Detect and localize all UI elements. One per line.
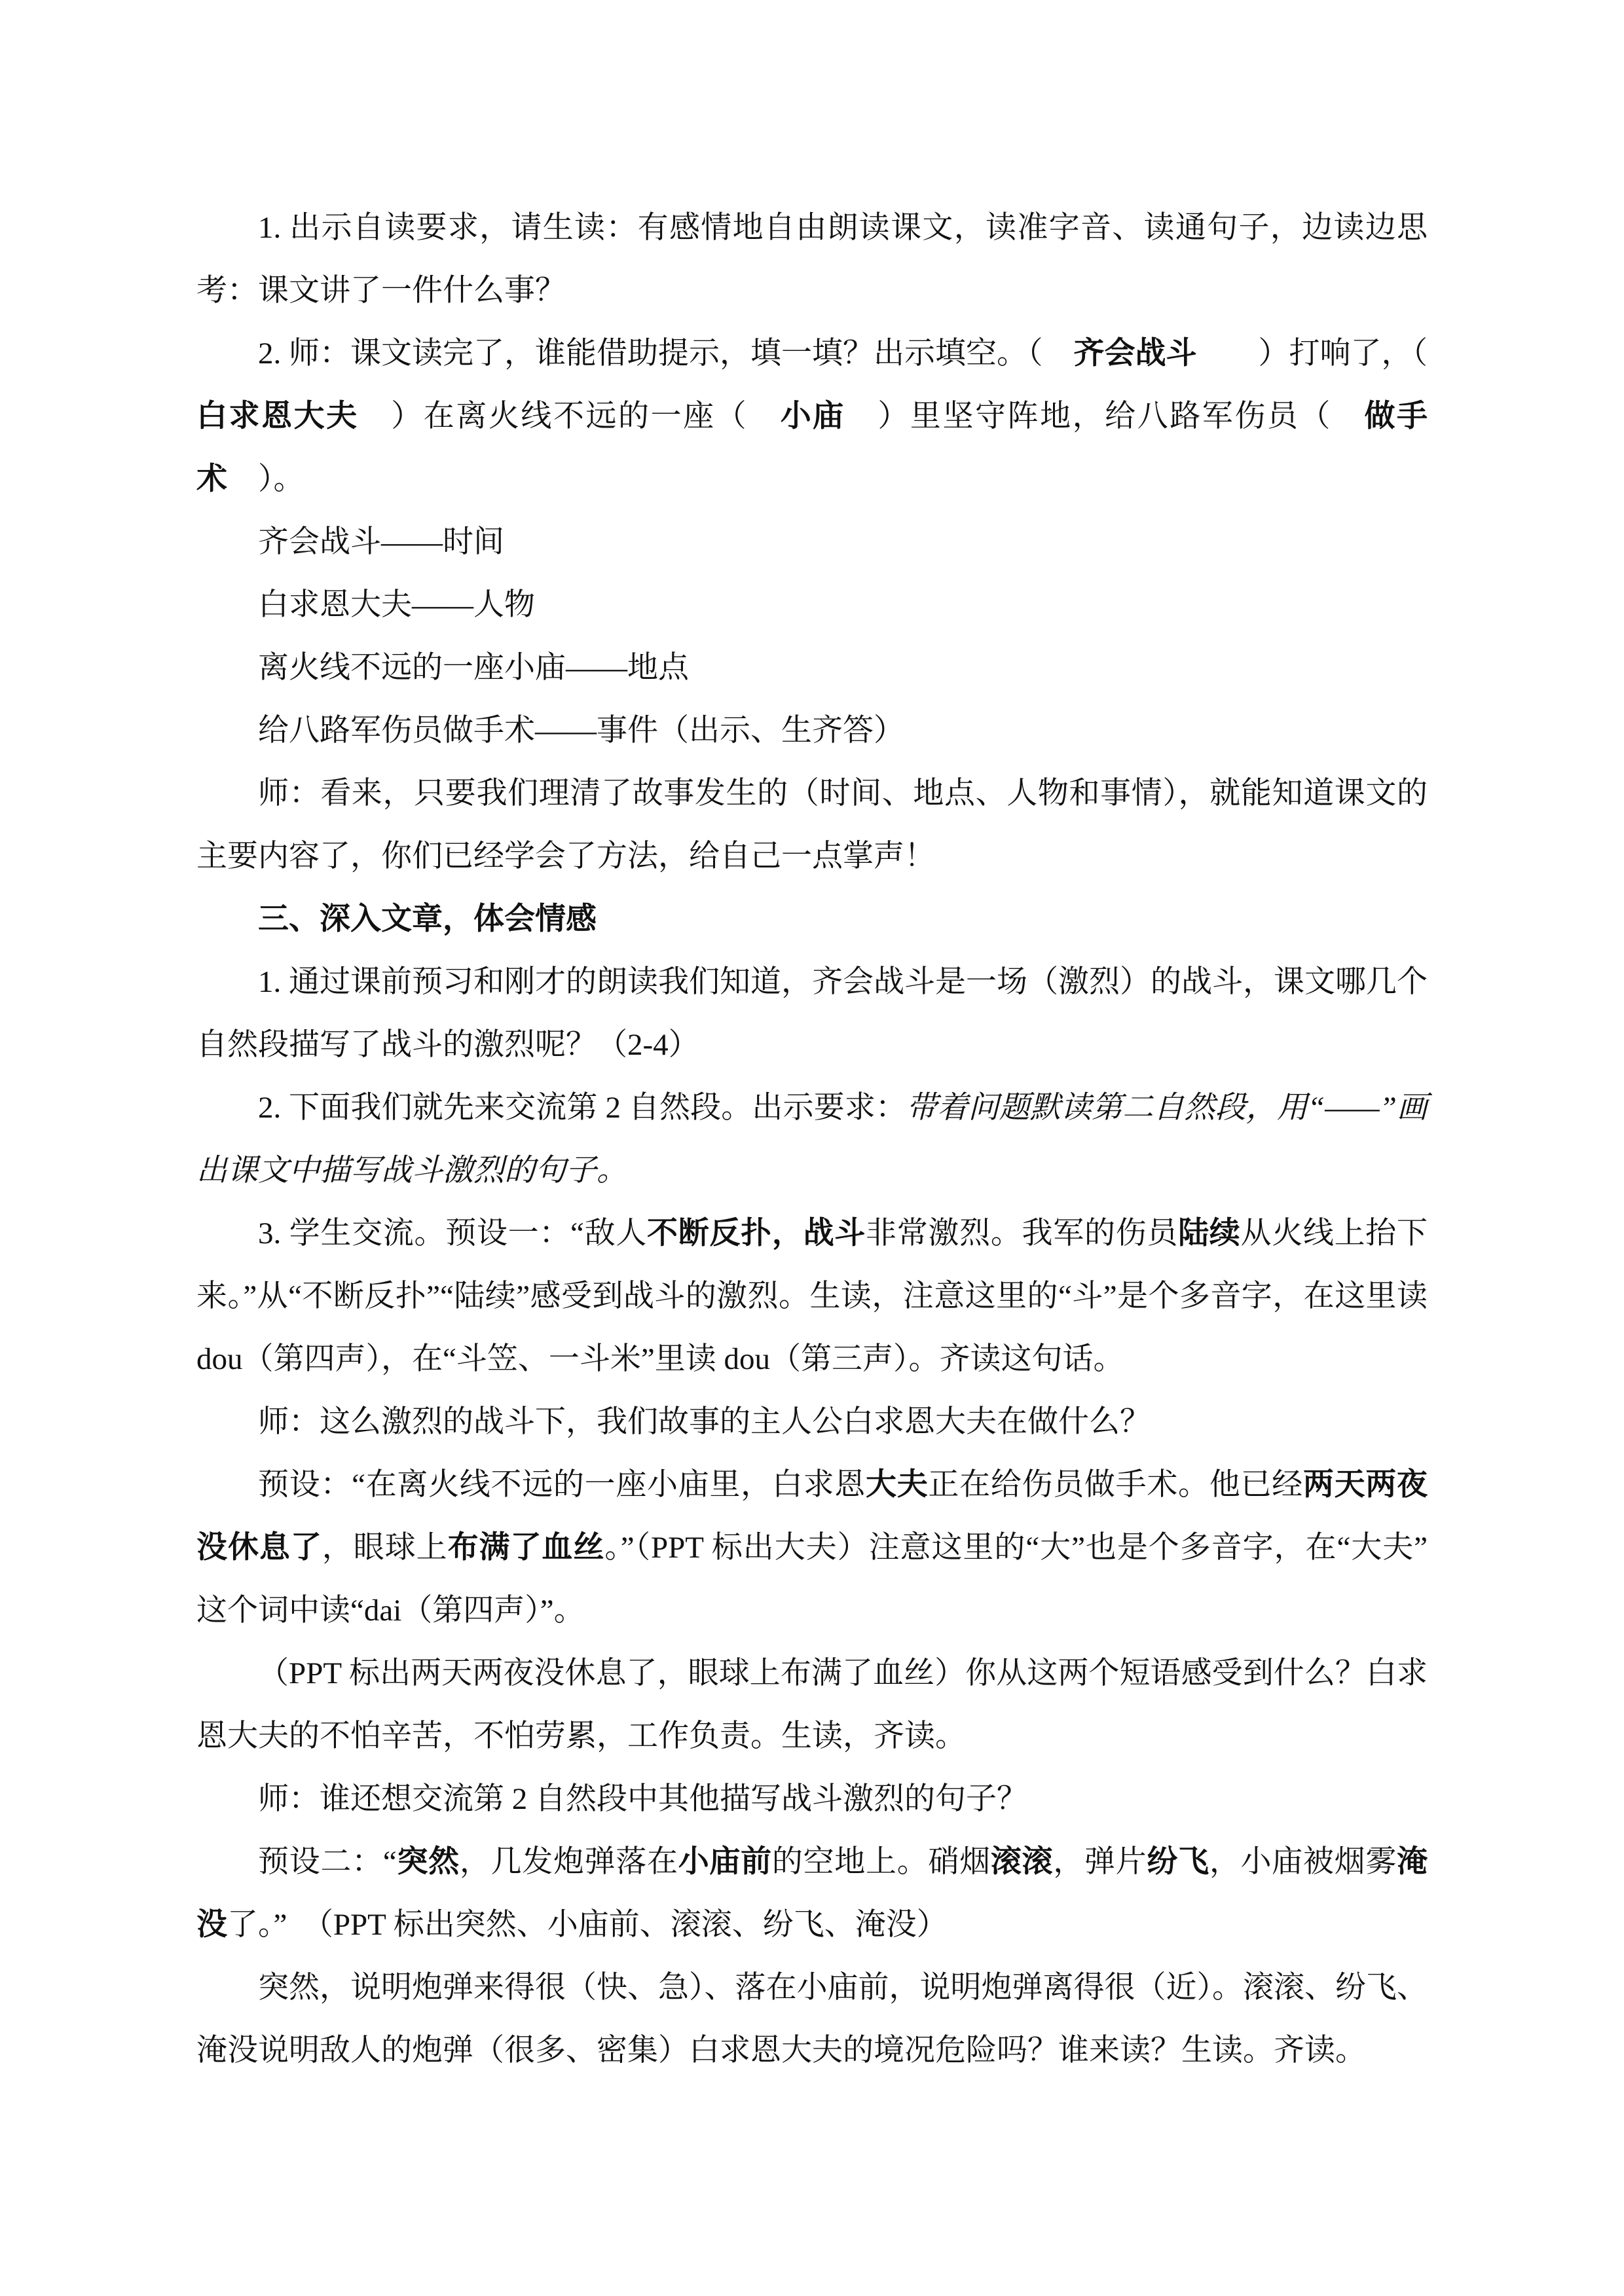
text-run: 白求恩大夫: [196, 399, 359, 433]
text-run: 小庙: [781, 399, 845, 433]
text-run: 齐会战斗——时间: [258, 525, 504, 559]
text-run: 师：这么激烈的战斗下，我们故事的主人公白求恩大夫在做什么？: [258, 1405, 1151, 1439]
text-run: 突然: [397, 1845, 460, 1879]
paragraph: 给八路军伤员做手术——事件（出示、生齐答）: [196, 699, 1428, 762]
document-body: 1. 出示自读要求，请生读：有感情地自由朗读课文，读准字音、读通句子，边读边思考…: [196, 196, 1428, 2082]
text-run: 的空地上。硝烟: [772, 1845, 991, 1879]
text-run: 预设二：“: [258, 1845, 397, 1879]
text-run: 布满了血丝: [448, 1531, 605, 1565]
text-run: 预设：“在离火线不远的一座小庙里，白求恩: [258, 1468, 866, 1502]
text-run: 2. 下面我们就先来交流第 2 自然段。出示要求：: [258, 1091, 906, 1125]
text-run: 1. 出示自读要求，请生读：有感情地自由朗读课文，读准字音、读通句子，边读边思考…: [196, 211, 1428, 308]
paragraph: 师：这么激烈的战斗下，我们故事的主人公白求恩大夫在做什么？: [196, 1391, 1428, 1453]
text-run: ）打响了，（: [1197, 337, 1459, 371]
text-run: ）在离火线不远的一座（: [359, 399, 781, 433]
text-run: ，眼球上: [322, 1531, 448, 1565]
text-run: 3. 学生交流。预设一：“敌人: [258, 1216, 647, 1250]
text-run: 突然，说明炮弹来得很（快、急）、落在小庙前，说明炮弹离得很（近）。滚滚、纷飞、淹…: [196, 1971, 1428, 2068]
text-run: 非常激烈。我军的伤员: [866, 1216, 1178, 1250]
paragraph: 白求恩大夫——人物: [196, 574, 1428, 636]
text-run: 给八路军伤员做手术——事件（出示、生齐答）: [258, 714, 904, 748]
paragraph: （PPT 标出两天两夜没休息了，眼球上布满了血丝）你从这两个短语感受到什么？白求…: [196, 1642, 1428, 1768]
text-run: ，小庙被烟雾: [1209, 1845, 1397, 1879]
text-run: 陆续: [1178, 1216, 1240, 1250]
paragraph: 3. 学生交流。预设一：“敌人不断反扑，战斗非常激烈。我军的伤员陆续从火线上抬下…: [196, 1202, 1428, 1391]
text-run: 不断反扑，战斗: [647, 1216, 866, 1250]
paragraph: 三、深入文章，体会情感: [196, 888, 1428, 951]
text-run: （PPT 标出两天两夜没休息了，眼球上布满了血丝）你从这两个短语感受到什么？白求…: [196, 1656, 1428, 1753]
text-run: 离火线不远的一座小庙——地点: [258, 651, 689, 685]
paragraph: 师：谁还想交流第 2 自然段中其他描写战斗激烈的句子？: [196, 1768, 1428, 1831]
paragraph: 齐会战斗——时间: [196, 511, 1428, 574]
text-run: ，几发炮弹落在: [460, 1845, 678, 1879]
document-page: 1. 出示自读要求，请生读：有感情地自由朗读课文，读准字音、读通句子，边读边思考…: [0, 0, 1624, 2296]
paragraph: 1. 通过课前预习和刚才的朗读我们知道，齐会战斗是一场（激烈）的战斗，课文哪几个…: [196, 951, 1428, 1076]
text-run: 三、深入文章，体会情感: [258, 902, 597, 936]
paragraph: 2. 下面我们就先来交流第 2 自然段。出示要求：带着问题默读第二自然段，用“—…: [196, 1076, 1428, 1202]
text-run: ）。: [227, 462, 304, 496]
text-run: 小庙前: [678, 1845, 772, 1879]
paragraph: 离火线不远的一座小庙——地点: [196, 636, 1428, 699]
paragraph: 预设：“在离火线不远的一座小庙里，白求恩大夫正在给伤员做手术。他已经两天两夜没休…: [196, 1453, 1428, 1642]
paragraph: 预设二：“突然，几发炮弹落在小庙前的空地上。硝烟滚滚，弹片纷飞，小庙被烟雾淹没了…: [196, 1831, 1428, 1956]
text-run: ，弹片: [1053, 1845, 1147, 1879]
text-run: 1. 通过课前预习和刚才的朗读我们知道，齐会战斗是一场（激烈）的战斗，课文哪几个…: [196, 965, 1428, 1062]
text-run: 纷飞: [1147, 1845, 1209, 1879]
text-run: 滚滚: [991, 1845, 1053, 1879]
text-run: 齐会战斗: [1074, 337, 1197, 371]
paragraph: 师：看来，只要我们理清了故事发生的（时间、地点、人物和事情），就能知道课文的主要…: [196, 762, 1428, 888]
text-run: 正在给伤员做手术。他已经: [928, 1468, 1302, 1502]
text-run: 师：谁还想交流第 2 自然段中其他描写战斗激烈的句子？: [258, 1782, 1027, 1816]
text-run: 白求恩大夫——人物: [258, 588, 535, 622]
paragraph: 2. 师：课文读完了，谁能借助提示，填一填？出示填空。（ 齐会战斗 ）打响了，（…: [196, 322, 1428, 511]
paragraph: 1. 出示自读要求，请生读：有感情地自由朗读课文，读准字音、读通句子，边读边思考…: [196, 196, 1428, 322]
text-run: 师：看来，只要我们理清了故事发生的（时间、地点、人物和事情），就能知道课文的主要…: [196, 776, 1428, 873]
paragraph: 突然，说明炮弹来得很（快、急）、落在小庙前，说明炮弹离得很（近）。滚滚、纷飞、淹…: [196, 1956, 1428, 2082]
text-run: 2. 师：课文读完了，谁能借助提示，填一填？出示填空。（: [258, 337, 1074, 371]
text-run: ）里坚守阵地，给八路军伤员（: [845, 399, 1365, 433]
text-run: 大夫: [866, 1468, 928, 1502]
text-run: 了。” （PPT 标出突然、小庙前、滚滚、纷飞、淹没）: [227, 1908, 948, 1942]
